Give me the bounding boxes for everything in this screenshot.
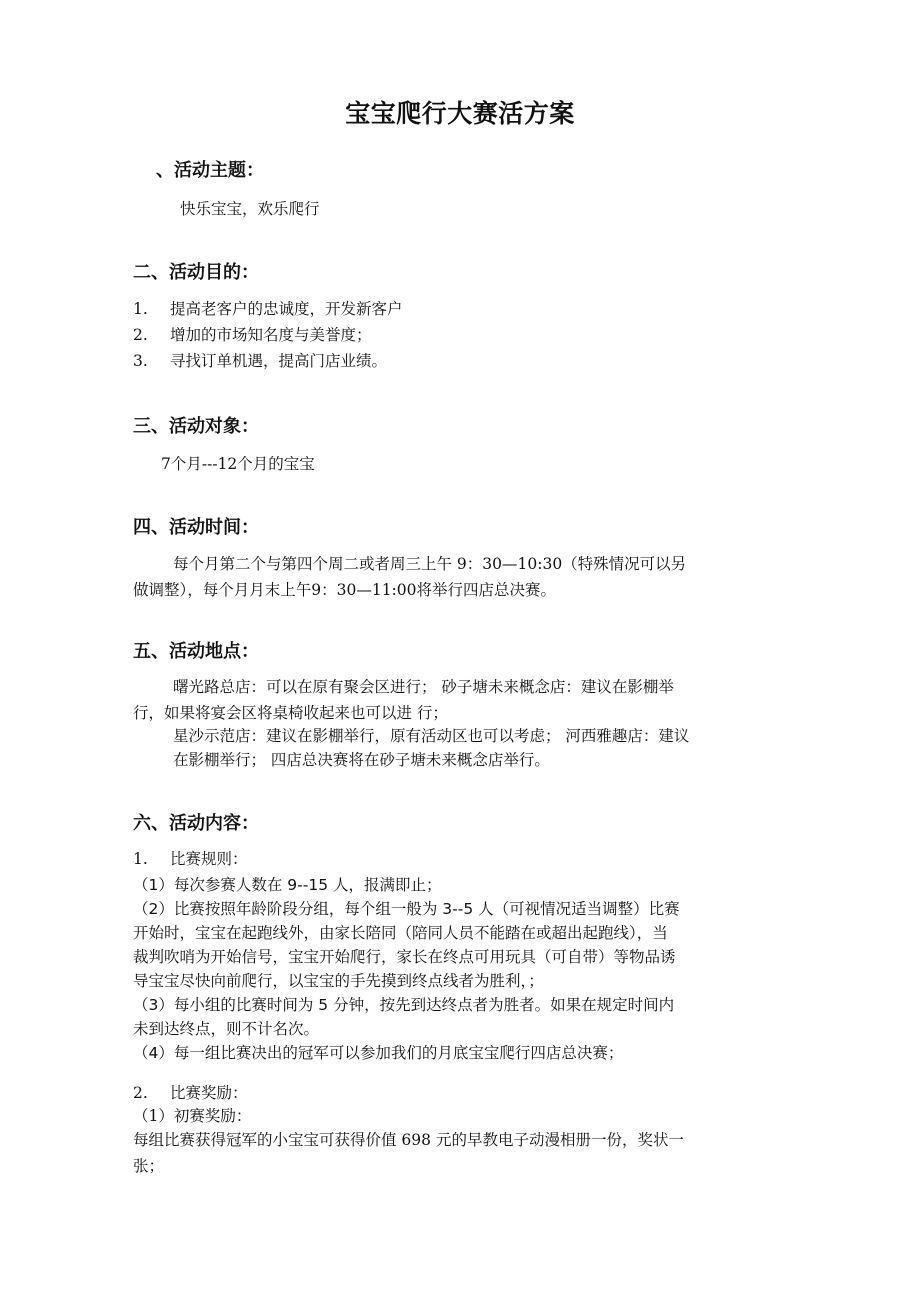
theme-text: 快乐宝宝，欢乐爬行 [180, 199, 320, 219]
section-heading-theme: 、活动主题： [156, 156, 264, 182]
item-number: 1. [133, 299, 170, 319]
item-number: 3. [133, 351, 170, 371]
purpose-item-1: 1.提高老客户的忠诚度，开发新客户 [133, 299, 403, 319]
rule-line: 裁判吹哨为开始信号，宝宝开始爬行，家长在终点可用玩具（可自带）等物品诱 [133, 945, 676, 967]
rules-title: 1.比赛规则： [133, 849, 248, 869]
location-line-2: 行，如果将宴会区将桌椅收起来也可以进 行； [133, 703, 448, 723]
item-number: 1. [133, 849, 170, 869]
item-text: 寻找订单机遇，提高门店业绩。 [170, 352, 387, 370]
item-text: 增加的市场知名度与美誉度； [170, 326, 372, 344]
rule-line: 开始时，宝宝在起跑线外，由家长陪同（陪同人员不能踏在或超出起跑线），当 [133, 921, 668, 943]
time-line-2: 做调整），每个月月末上午9：30—11:00将举行四店总决赛。 [133, 580, 556, 600]
item-number: 2. [133, 325, 170, 345]
section-heading-purpose: 二、活动目的： [133, 258, 259, 284]
rule-line: 未到达终点，则不计名次。 [133, 1017, 319, 1039]
purpose-item-3: 3.寻找订单机遇，提高门店业绩。 [133, 351, 387, 371]
purpose-item-2: 2.增加的市场知名度与美誉度； [133, 325, 372, 345]
rewards-title: 2.比赛奖励： [133, 1083, 248, 1103]
reward-line: 每组比赛获得冠军的小宝宝可获得价值 698 元的早教电子动漫相册一份，奖状一 [133, 1130, 684, 1150]
location-line-4: 在影棚举行； 四店总决赛将在砂子塘未来概念店举行。 [173, 750, 550, 770]
item-number: 2. [133, 1083, 170, 1103]
rule-line: （4）每一组比赛决出的冠军可以参加我们的月底宝宝爬行四店总决赛； [133, 1041, 623, 1063]
section-heading-content: 六、活动内容： [133, 809, 259, 835]
time-line-1: 每个月第二个与第四个周二或者周三上午 9：30—10:30（特殊情况可以另 [173, 554, 686, 574]
section-heading-location: 五、活动地点： [133, 637, 259, 663]
rule-line: （2）比赛按照年龄阶段分组，每个组一般为 3--5 人（可视情况适当调整）比赛 [133, 897, 680, 919]
location-line-1: 曙光路总店：可以在原有聚会区进行； 砂子塘未来概念店：建议在影棚举 [173, 677, 674, 697]
rule-line: （3）每小组的比赛时间为 5 分钟，按先到达终点者为胜者。如果在规定时间内 [133, 993, 674, 1015]
item-text: 比赛奖励： [170, 1084, 248, 1102]
section-heading-target: 三、活动对象： [133, 412, 259, 438]
item-text: 提高老客户的忠诚度，开发新客户 [170, 300, 403, 318]
item-text: 比赛规则： [170, 850, 248, 868]
reward-line: 张； [133, 1156, 164, 1176]
reward-line: （1）初赛奖励： [133, 1106, 251, 1126]
document-title: 宝宝爬行大赛活方案 [0, 94, 920, 130]
target-text: 7个月---12个月的宝宝 [161, 454, 315, 474]
rule-line: 导宝宝尽快向前爬行，以宝宝的手先摸到终点线者为胜利，； [133, 969, 544, 991]
rule-line: （1）每次参赛人数在 9--15 人，报满即止； [133, 873, 442, 895]
section-heading-time: 四、活动时间： [133, 513, 259, 539]
location-line-3: 星沙示范店：建议在影棚举行，原有活动区也可以考虑； 河西雅趣店：建议 [173, 726, 689, 746]
